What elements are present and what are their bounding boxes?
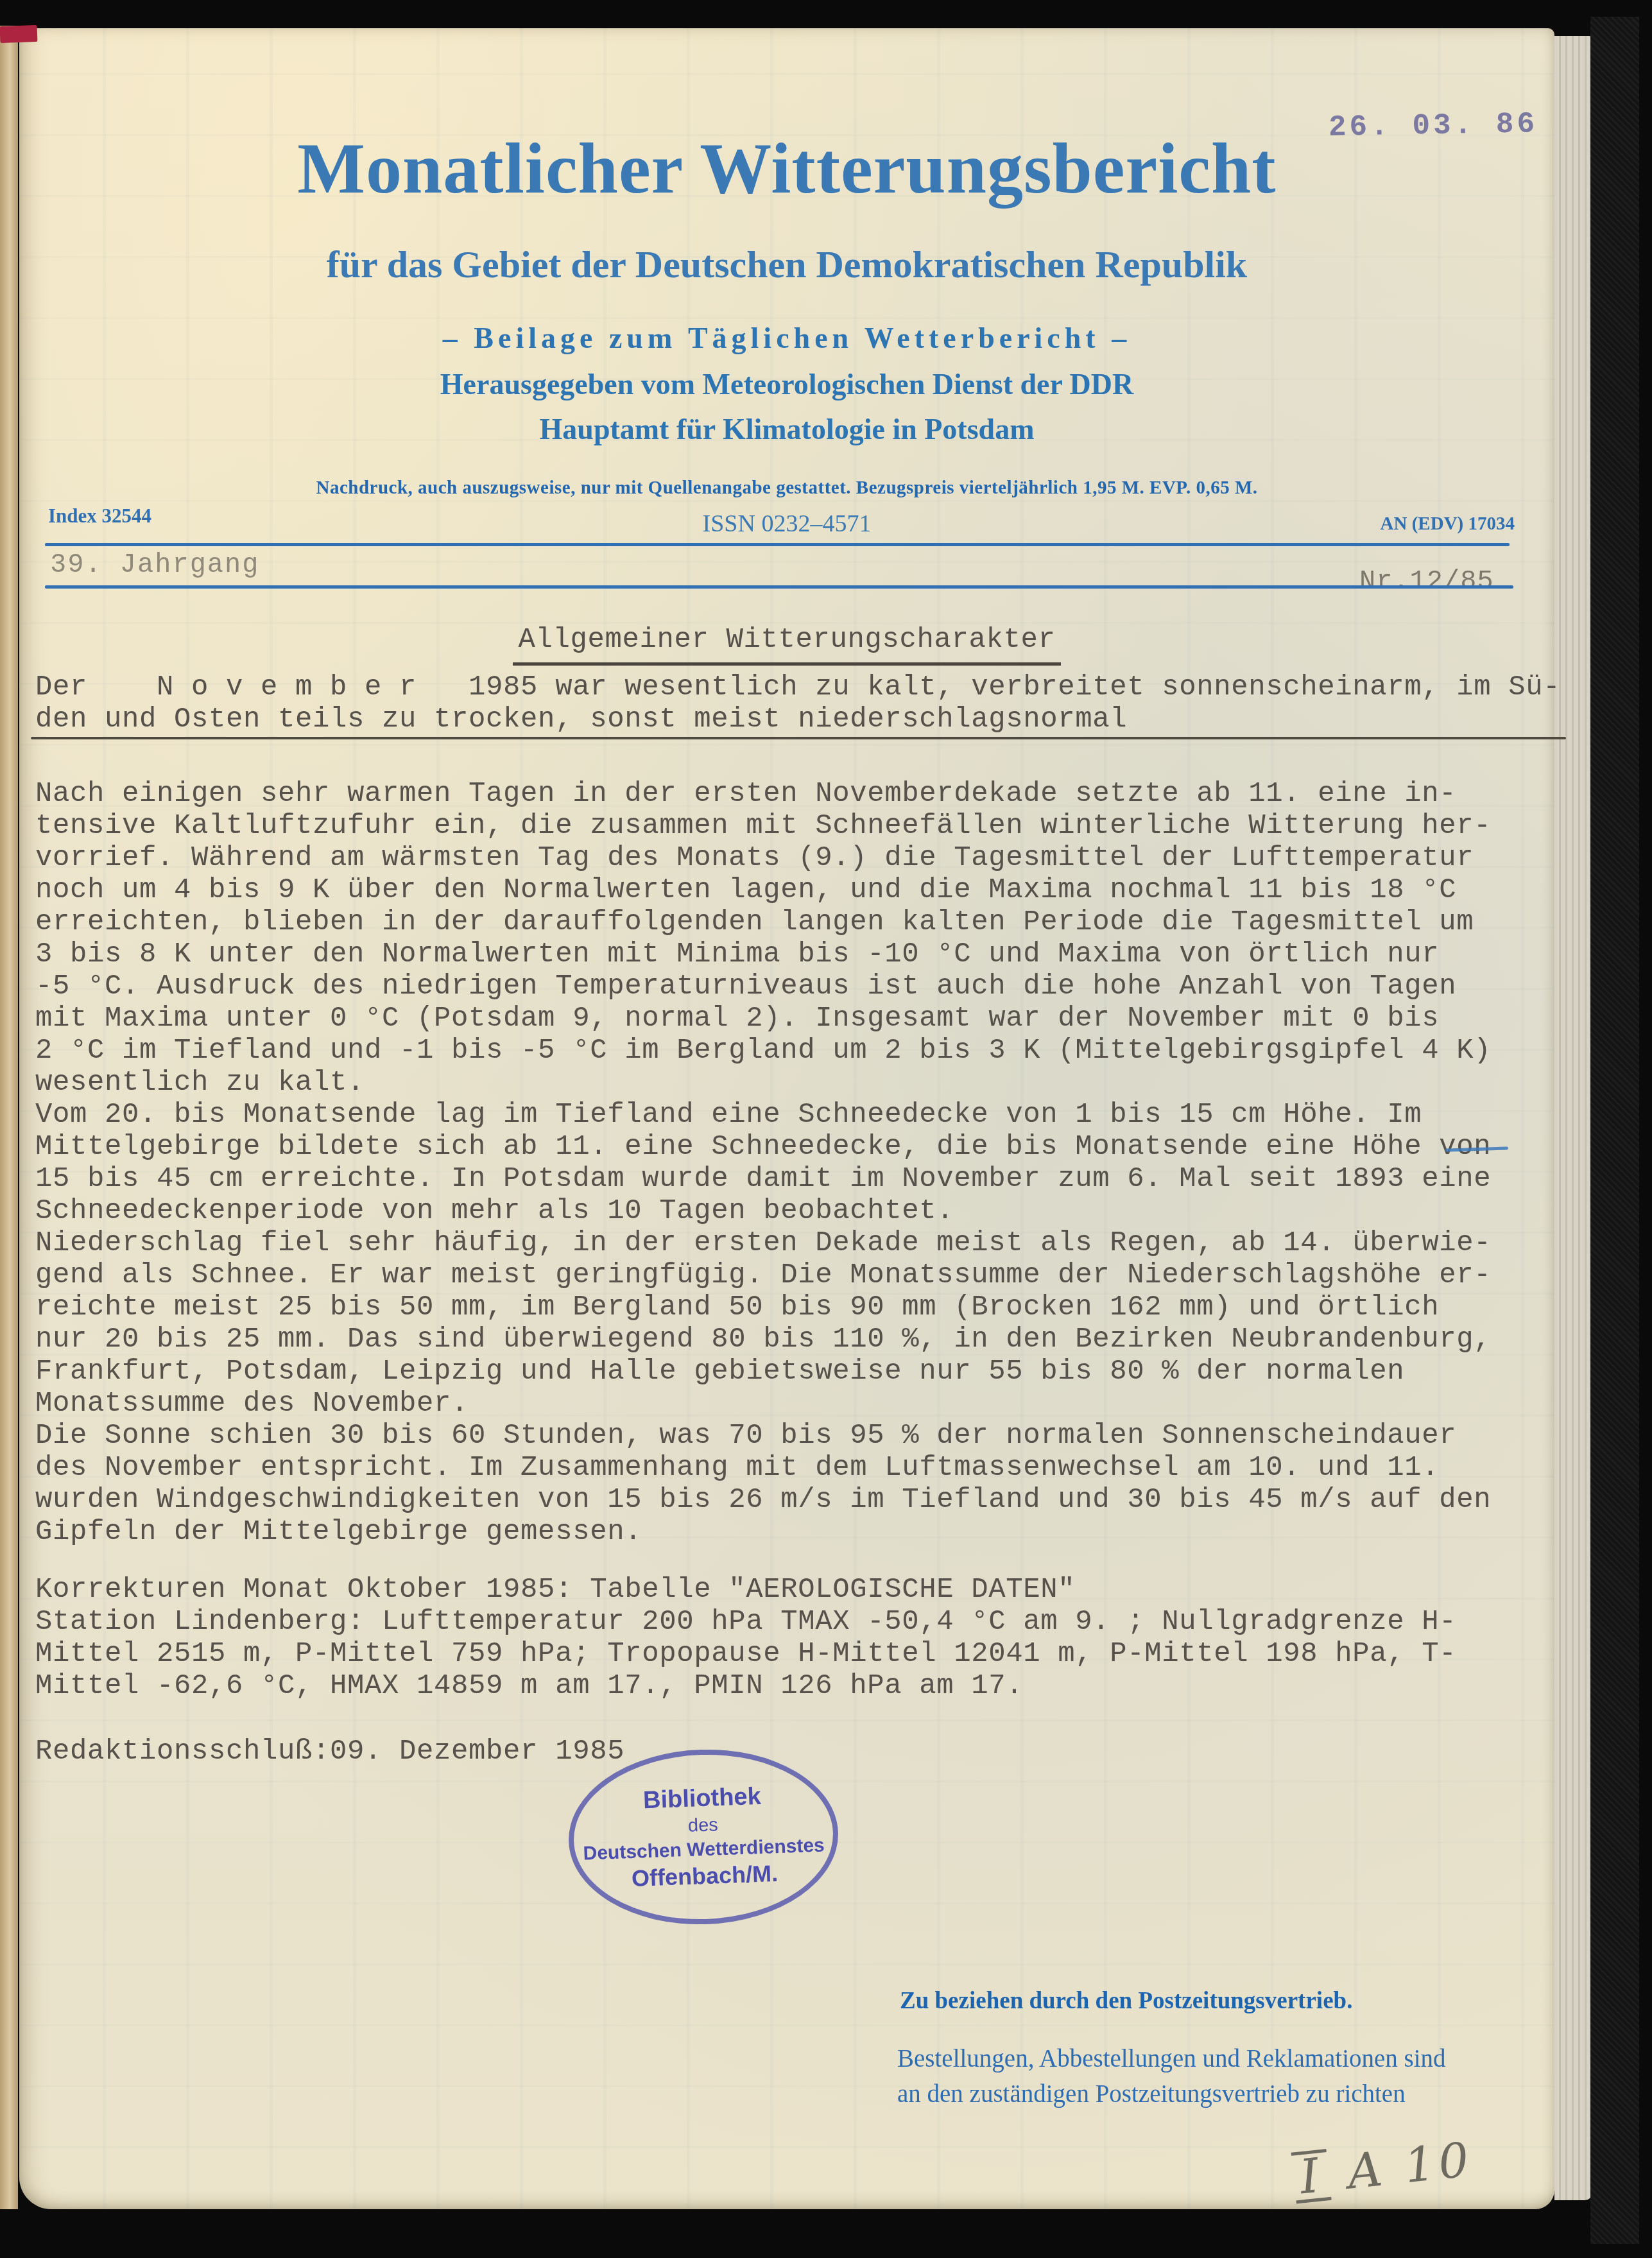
page-title: Monatlicher Witterungsbericht [19, 130, 1554, 209]
library-stamp: Bibliothek des Deutschen Wetterdienstes … [565, 1745, 841, 1929]
handwritten-catalog-mark: I A 10 [1291, 2132, 1475, 2206]
publisher-line: Herausgegeben vom Meteorologischen Diens… [19, 367, 1554, 401]
library-stamp-line1: Bibliothek [642, 1782, 761, 1816]
handwritten-roman-numeral: I [1291, 2149, 1332, 2204]
corrections-text: Korrekturen Monat Oktober 1985: Tabelle … [35, 1574, 1456, 1702]
section-heading: Allgemeiner Witterungscharakter [513, 624, 1060, 666]
editorial-deadline: Redaktionsschluß:09. Dezember 1985 [35, 1736, 624, 1768]
handwritten-shelf-mark: A 10 [1345, 2132, 1476, 2200]
issue-label: Nr.12/85 [1359, 566, 1494, 597]
page-edges-stack [1554, 36, 1592, 2200]
issn-number: ISSN 0232–4571 [19, 510, 1554, 538]
body-text: Nach einigen sehr warmen Tagen in der er… [35, 778, 1491, 1548]
postal-distribution-note: Bestellungen, Abbestellungen und Reklama… [897, 2041, 1446, 2112]
lead-paragraph: Der N o v e m b e r 1985 war wesentlich … [35, 671, 1560, 736]
scanned-book-page: 26. 03. 86 Monatlicher Witterungsbericht… [0, 0, 1652, 2258]
page-subtitle: für das Gebiet der Deutschen Demokratisc… [19, 243, 1554, 287]
header-rule-top [45, 543, 1510, 546]
header-rule-bottom [45, 585, 1513, 589]
section-heading-row: Allgemeiner Witterungscharakter [36, 624, 1538, 666]
library-stamp-line4: Offenbach/M. [631, 1859, 778, 1893]
volume-label: 39. Jahrgang [50, 549, 259, 580]
postal-distribution-bold-note: Zu beziehen durch den Postzeitungsvertri… [900, 1987, 1352, 2015]
office-line: Hauptamt für Klimatologie in Potsdam [19, 412, 1554, 446]
copyright-line: Nachdruck, auch auszugsweise, nur mit Qu… [19, 478, 1554, 499]
supplement-line: – Beilage zum Täglichen Wetterbericht – [19, 321, 1554, 355]
book-cover [1590, 17, 1639, 2244]
lead-underline [31, 737, 1566, 739]
adjacent-page-edge [0, 26, 18, 2209]
library-stamp-line2: des [687, 1814, 718, 1838]
red-bookmark-mark [0, 25, 37, 43]
an-edv-number: AN (EDV) 17034 [1381, 513, 1515, 535]
library-stamp-line3: Deutschen Wetterdienstes [583, 1833, 825, 1866]
document-page: 26. 03. 86 Monatlicher Witterungsbericht… [19, 28, 1554, 2209]
